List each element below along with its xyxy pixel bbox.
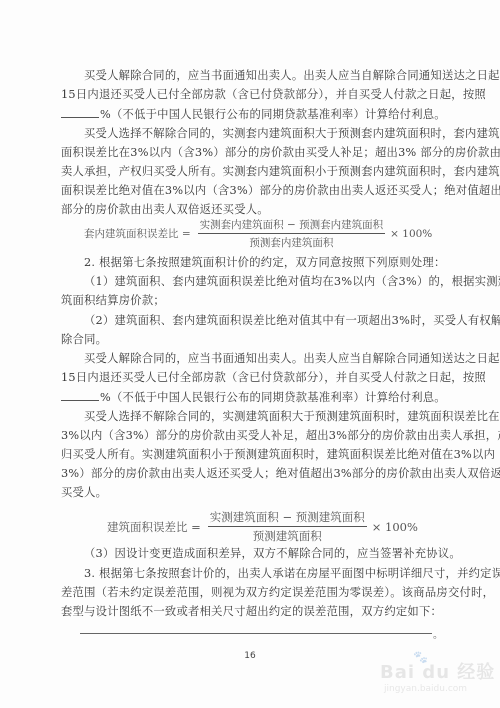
- text-line: 部分的房价款由出卖人双倍返还买受人。: [61, 203, 441, 217]
- text-line: 卖人承担，产权归买受人所有。实测套内建筑面积小于预测套内建筑面积时，套内建筑: [61, 165, 441, 179]
- formula-fraction: 实测建筑面积 − 预测建筑面积 预测建筑面积: [208, 509, 367, 544]
- text-segment: %（不低于中国人民银行公布的同期贷款基准利率）计算给付利息。: [100, 108, 446, 121]
- text-line: （1）建筑面积、套内建筑面积误差比绝对值均在3%以内（含3%）的，根据实测建: [84, 275, 464, 289]
- text-line: 买受人。: [61, 486, 441, 500]
- text-line: 3%以内（含3%）部分的房价款由买受人补足，超出3%部分的房价款由出卖人承担，产…: [61, 429, 441, 443]
- formula-lhs: 建筑面积误差比 =: [107, 519, 201, 535]
- text-line: 归买受人所有。实测建筑面积小于预测建筑面积时，建筑面积误差比绝对值在3%以内（含: [61, 448, 441, 462]
- text-line: （3）因设计变更造成面积差异，双方不解除合同的，应当签署补充协议。: [84, 547, 464, 561]
- text-line: 筑面积结算房价款；: [61, 294, 441, 308]
- text-line: 面积误差比绝对值在3%以内（含3%）部分的房价款由出卖人返还买受人；绝对值超出3…: [61, 184, 441, 198]
- watermark-url: jingyan.baidu.com: [384, 684, 467, 694]
- text-line: 15日内退还买受人已付全部房款（含已付贷款部分），并自买受人付款之日起，按照: [61, 371, 441, 385]
- interest-rate-blank[interactable]: [61, 390, 99, 401]
- text-line: 套型与设计图纸不一致或者相关尺寸超出约定的误差范围，双方约定如下：: [61, 605, 441, 619]
- text-line: 3. 根据第七条按照套计价的，出卖人承诺在房屋平面图中标明详细尺寸，并约定误: [84, 567, 464, 581]
- text-line: 2. 根据第七条按照建筑面积计价的约定，双方同意按照下列原则处理：: [84, 256, 464, 270]
- text-line: 买受人选择不解除合同的，实测建筑面积大于预测建筑面积时，建筑面积误差比在: [84, 410, 464, 424]
- text-line: 买受人解除合同的，应当书面通知出卖人。出卖人应当自解除合同通知送达之日起: [84, 352, 464, 366]
- formula-fraction: 实测套内建筑面积 − 预测套内建筑面积 预测套内建筑面积: [198, 217, 385, 250]
- text-line: 差范围（若未约定误差范围，则视为双方约定误差范围为零误差）。该商品房交付时，: [61, 586, 441, 600]
- formula-numerator: 实测套内建筑面积 − 预测套内建筑面积: [198, 217, 385, 234]
- text-line: 买受人解除合同的，应当书面通知出卖人。出卖人应当自解除合同通知送达之日起: [84, 69, 464, 83]
- text-line: %（不低于中国人民银行公布的同期贷款基准利率）计算给付利息。: [61, 390, 441, 405]
- formula-numerator: 实测建筑面积 − 预测建筑面积: [208, 509, 367, 527]
- formula-lhs: 套内建筑面积误差比 =: [84, 226, 191, 241]
- formula-interior-area-error: 套内建筑面积误差比 = 实测套内建筑面积 − 预测套内建筑面积 预测套内建筑面积…: [84, 217, 432, 250]
- text-line: 15日内退还买受人已付全部房款（含已付贷款部分），并自买受人付款之日起，按照: [61, 88, 441, 102]
- interest-rate-blank[interactable]: [61, 107, 99, 118]
- agreement-fill-line[interactable]: [80, 633, 432, 634]
- baidu-jingyan-watermark: 🐾 Bai du 经验 jingyan.baidu.com: [380, 650, 500, 705]
- watermark-logo: Bai du 经验: [380, 658, 495, 684]
- formula-multiplier: × 100%: [390, 228, 432, 240]
- text-line: 面积误差比在3%以内（含3%）部分的房价款由买受人补足；超出3% 部分的房价款由…: [61, 146, 441, 160]
- document-page: 买受人解除合同的，应当书面通知出卖人。出卖人应当自解除合同通知送达之日起 15日…: [0, 0, 500, 708]
- text-line: 3%）部分的房价款由出卖人返还买受人；绝对值超出3%部分的房价款由出卖人双倍返还: [61, 467, 441, 481]
- formula-denominator: 预测套内建筑面积: [249, 234, 333, 250]
- formula-multiplier: × 100%: [372, 520, 418, 534]
- fill-line-period: 。: [433, 626, 443, 641]
- text-line: （2）建筑面积、套内建筑面积误差比绝对值其中有一项超出3%时，买受人有权解: [84, 314, 464, 328]
- formula-denominator: 预测建筑面积: [253, 527, 322, 544]
- text-line: 买受人选择不解除合同的，实测套内建筑面积大于预测套内建筑面积时，套内建筑: [84, 127, 464, 141]
- text-segment: %（不低于中国人民银行公布的同期贷款基准利率）计算给付利息。: [100, 391, 446, 404]
- text-line: 除合同。: [61, 333, 441, 347]
- text-line: %（不低于中国人民银行公布的同期贷款基准利率）计算给付利息。: [61, 107, 441, 122]
- formula-building-area-error: 建筑面积误差比 = 实测建筑面积 − 预测建筑面积 预测建筑面积 × 100%: [107, 509, 418, 544]
